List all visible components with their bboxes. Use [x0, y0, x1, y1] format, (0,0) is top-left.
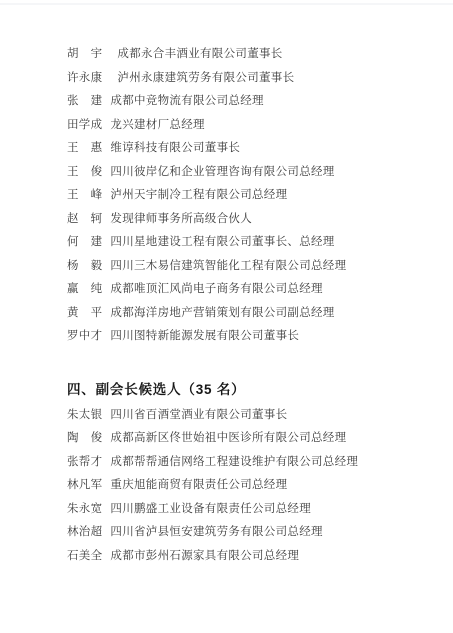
list-item: 何 建四川星地建设工程有限公司董事长、总经理 — [0, 231, 453, 255]
member-title: 成都唯顶汇风尚电子商务有限公司总经理 — [110, 283, 322, 295]
member-title: 四川省泸县恒安建筑劳务有限公司总经理 — [110, 526, 322, 538]
list-item: 朱永宽四川鹏盛工业设备有限责任公司总经理 — [0, 498, 453, 522]
page-top-edge-divider — [0, 3, 453, 5]
member-title: 泸州天宇制冷工程有限公司总经理 — [110, 189, 287, 201]
list-item: 陶 俊成都高新区佟世始祖中医诊所有限公司总经理 — [0, 427, 453, 451]
member-title: 成都海洋房地产营销策划有限公司副总经理 — [110, 307, 334, 319]
list-item: 杨 毅四川三木易信建筑智能化工程有限公司总经理 — [0, 255, 453, 279]
list-item: 王 峰泸州天宇制冷工程有限公司总经理 — [0, 184, 453, 208]
list-item: 胡 宇成都永合丰酒业有限公司董事长 — [0, 43, 453, 67]
member-title: 四川鹏盛工业设备有限责任公司总经理 — [110, 503, 311, 515]
member-name: 王 俊 — [67, 161, 102, 185]
candidate-list-continued: 胡 宇成都永合丰酒业有限公司董事长许永康泸州永康建筑劳务有限公司董事长张 建成都… — [0, 0, 453, 349]
vice-president-candidate-list: 朱太银四川省百酒堂酒业有限公司董事长陶 俊成都高新区佟世始祖中医诊所有限公司总经… — [0, 404, 453, 569]
list-item: 张 建成都中竞物流有限公司总经理 — [0, 90, 453, 114]
member-title: 成都帮帮通信网络工程建设维护有限公司总经理 — [110, 456, 358, 468]
member-title: 成都中竞物流有限公司总经理 — [110, 95, 263, 107]
list-item: 石美全成都市彭州石源家具有限公司总经理 — [0, 545, 453, 569]
member-name: 田学成 — [67, 114, 102, 138]
member-title: 重庆旭能商贸有限责任公司总经理 — [110, 479, 287, 491]
section-heading-vice-president-candidates: 四、副会长候选人（35 名） — [67, 381, 453, 399]
member-name: 王 峰 — [67, 184, 102, 208]
member-name: 何 建 — [67, 231, 102, 255]
member-name: 张帮才 — [67, 451, 102, 475]
member-name: 林凡军 — [67, 474, 102, 498]
member-name: 林治超 — [67, 521, 102, 545]
member-name: 石美全 — [67, 545, 102, 569]
list-item: 张帮才成都帮帮通信网络工程建设维护有限公司总经理 — [0, 451, 453, 475]
member-name: 陶 俊 — [67, 427, 102, 451]
document-page: 胡 宇成都永合丰酒业有限公司董事长许永康泸州永康建筑劳务有限公司董事长张 建成都… — [0, 0, 453, 633]
list-item: 赵 轲发现律师事务所高级合伙人 — [0, 208, 453, 232]
member-name: 张 建 — [67, 90, 102, 114]
member-title: 四川彼岸亿和企业管理咨询有限公司总经理 — [110, 166, 334, 178]
member-name: 胡 宇 — [67, 43, 102, 67]
member-name: 黄 平 — [67, 302, 102, 326]
member-title: 四川三木易信建筑智能化工程有限公司总经理 — [110, 260, 346, 272]
list-item: 田学成龙兴建材厂总经理 — [0, 114, 453, 138]
member-title: 成都高新区佟世始祖中医诊所有限公司总经理 — [110, 432, 346, 444]
member-title: 维谆科技有限公司董事长 — [110, 142, 240, 154]
member-name: 朱太银 — [67, 404, 102, 428]
member-name: 王 惠 — [67, 137, 102, 161]
list-item: 林凡军重庆旭能商贸有限责任公司总经理 — [0, 474, 453, 498]
list-item: 朱太银四川省百酒堂酒业有限公司董事长 — [0, 404, 453, 428]
list-item: 许永康泸州永康建筑劳务有限公司董事长 — [0, 67, 453, 91]
member-name: 朱永宽 — [67, 498, 102, 522]
list-item: 罗中才四川图特新能源发展有限公司董事长 — [0, 325, 453, 349]
member-name: 杨 毅 — [67, 255, 102, 279]
member-title: 龙兴建材厂总经理 — [110, 119, 204, 131]
member-title: 发现律师事务所高级合伙人 — [110, 213, 252, 225]
list-item: 黄 平成都海洋房地产营销策划有限公司副总经理 — [0, 302, 453, 326]
member-name: 罗中才 — [67, 325, 102, 349]
member-title: 成都永合丰酒业有限公司董事长 — [117, 48, 282, 60]
list-item: 王 俊四川彼岸亿和企业管理咨询有限公司总经理 — [0, 161, 453, 185]
member-title: 四川省百酒堂酒业有限公司董事长 — [110, 409, 287, 421]
list-item: 林治超四川省泸县恒安建筑劳务有限公司总经理 — [0, 521, 453, 545]
member-name: 许永康 — [67, 67, 102, 91]
list-item: 王 惠维谆科技有限公司董事长 — [0, 137, 453, 161]
member-name: 赢 纯 — [67, 278, 102, 302]
list-item: 赢 纯成都唯顶汇风尚电子商务有限公司总经理 — [0, 278, 453, 302]
member-name: 赵 轲 — [67, 208, 102, 232]
member-title: 四川星地建设工程有限公司董事长、总经理 — [110, 236, 334, 248]
member-title: 成都市彭州石源家具有限公司总经理 — [110, 550, 299, 562]
member-title: 泸州永康建筑劳务有限公司董事长 — [117, 72, 294, 84]
member-title: 四川图特新能源发展有限公司董事长 — [110, 330, 299, 342]
